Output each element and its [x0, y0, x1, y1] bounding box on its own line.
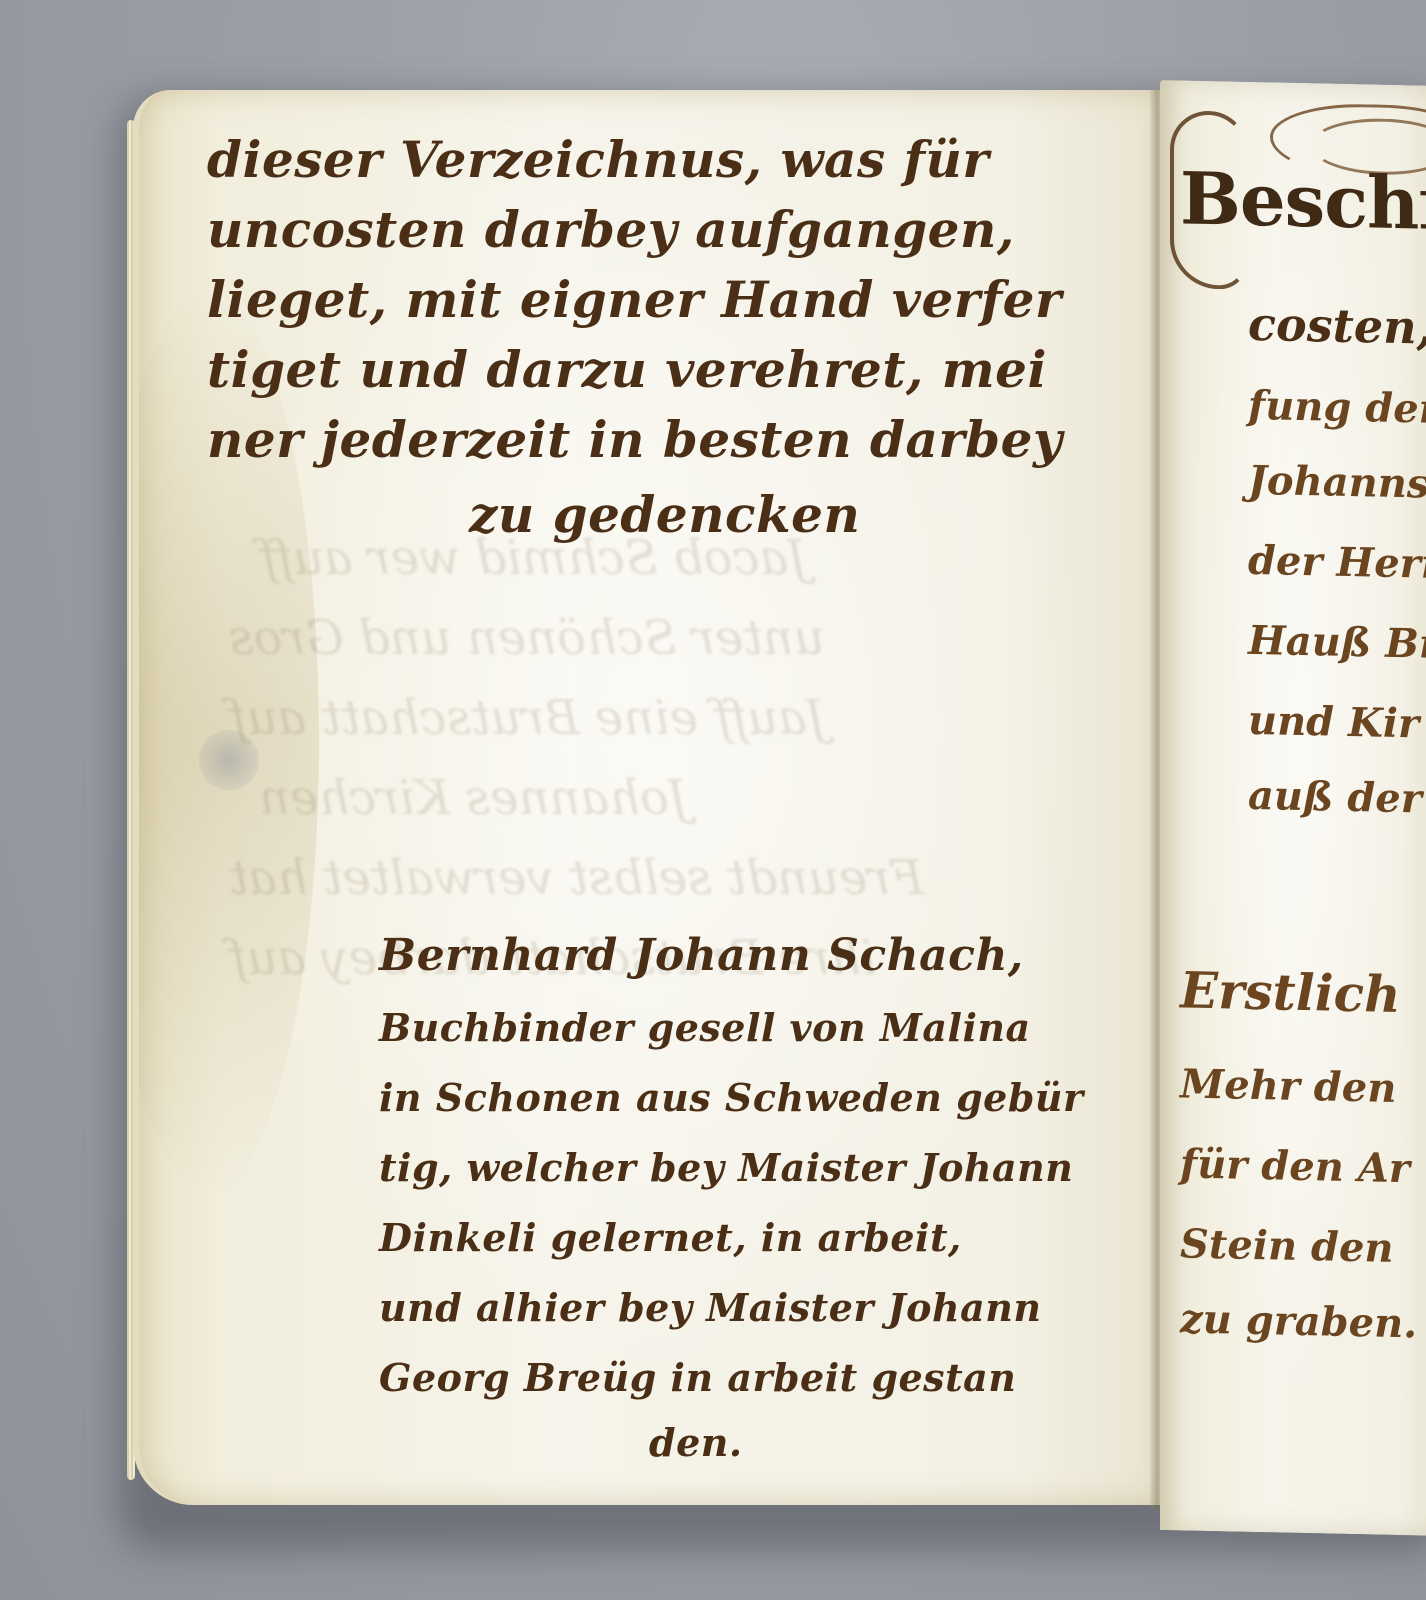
manuscript-line: für den Ar — [1180, 1140, 1410, 1192]
manuscript-line: Buchbinder gesell von Malina — [379, 1005, 1031, 1050]
show-through-line: unter Schönen und Gros — [229, 610, 824, 666]
manuscript-line: dieser Verzeichnus, was für — [207, 130, 989, 189]
manuscript-line: Johanns — [1248, 457, 1426, 508]
manuscript-line: und alhier bey Maister Johann — [379, 1285, 1042, 1330]
manuscript-line: fung der — [1248, 382, 1426, 433]
manuscript-line: und Kir — [1248, 697, 1419, 748]
manuscript-line: Hauß Br — [1248, 617, 1426, 668]
manuscript-line: auß der — [1248, 772, 1422, 823]
manuscript-line-centered: den. — [649, 1420, 743, 1465]
manuscript-line: Stein den — [1180, 1220, 1394, 1271]
right-page: Beschrei costen, w fung der Johanns der … — [1160, 80, 1426, 1536]
manuscript-line: costen, w — [1248, 297, 1426, 356]
manuscript-name-line: Bernhard Johann Schach, — [379, 930, 1024, 981]
manuscript-line: Mehr den — [1180, 1060, 1396, 1112]
manuscript-line: uncosten darbey aufgangen, — [207, 200, 1015, 259]
manuscript-line: Georg Breüg in arbeit gestan — [379, 1355, 1016, 1400]
manuscript-line: der Herr — [1248, 537, 1426, 588]
manuscript-line: Dinkeli gelernet, in arbeit, — [379, 1215, 962, 1260]
manuscript-line: zu graben. — [1180, 1295, 1417, 1347]
manuscript-line: tig, welcher bey Maister Johann — [379, 1145, 1073, 1190]
show-through-line: Freundt selbst verwaltet hat — [229, 850, 924, 906]
manuscript-line-centered: zu gedencken — [469, 485, 860, 544]
manuscript-line: in Schonen aus Schweden gebür — [379, 1075, 1084, 1120]
left-page: Jacob Schmid wer auff unter Schönen und … — [133, 90, 1166, 1505]
show-through-line: Jauff eine Brutschatt auf — [229, 690, 826, 746]
manuscript-line: tiget und darzu verehret, mei — [207, 340, 1047, 399]
section-heading: Erstlich — [1180, 960, 1400, 1024]
manuscript-line: ner jederzeit in besten darbey — [207, 410, 1063, 469]
right-page-heading: Beschrei — [1180, 155, 1426, 247]
manuscript-line: lieget, mit eigner Hand verfer — [207, 270, 1062, 329]
show-through-line: Johannes Kirchen — [259, 770, 688, 826]
